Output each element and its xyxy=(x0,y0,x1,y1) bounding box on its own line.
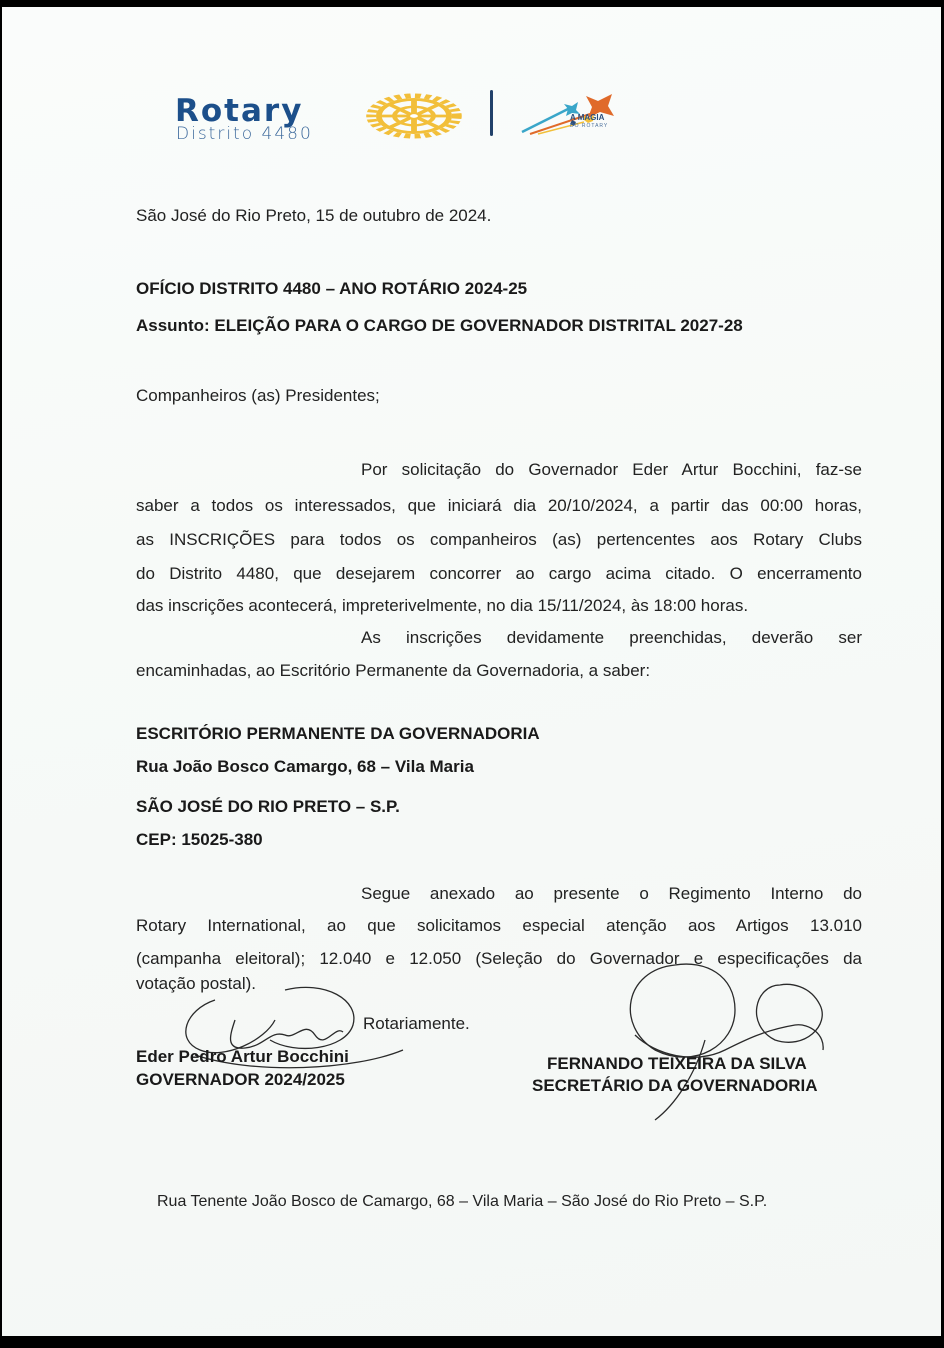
signatory-title: SECRETÁRIO DA GOVERNADORIA xyxy=(532,1076,818,1096)
campaign-logo-text: A MAGIA DO ROTARY xyxy=(570,114,608,130)
paragraph2-line: As inscrições devidamente preenchidas, d… xyxy=(361,628,862,648)
subject-text: ELEIÇÃO PARA O CARGO DE GOVERNADOR DISTR… xyxy=(214,316,742,335)
subject-line: Assunto: ELEIÇÃO PARA O CARGO DE GOVERNA… xyxy=(136,316,743,336)
paragraph3-line: Rotary International, ao que solicitamos… xyxy=(136,916,862,936)
rotary-wheel-icon xyxy=(358,92,470,140)
signatory-name: FERNANDO TEIXEIRA DA SILVA xyxy=(547,1054,807,1074)
logo-district: Distrito 4480 xyxy=(176,126,313,142)
signatory-title: GOVERNADOR 2024/2025 xyxy=(136,1070,345,1090)
office-name: ESCRITÓRIO PERMANENTE DA GOVERNADORIA xyxy=(136,724,540,744)
logo-divider xyxy=(490,90,493,136)
secretary-signature xyxy=(595,955,845,1125)
greeting: Companheiros (as) Presidentes; xyxy=(136,386,380,406)
logo-word: Rotary xyxy=(175,96,313,126)
paragraph1-line: das inscrições acontecerá, impreterivelm… xyxy=(136,596,748,616)
paragraph2-line: encaminhadas, ao Escritório Permanente d… xyxy=(136,661,650,681)
paragraph1-line: saber a todos os interessados, que inici… xyxy=(136,496,862,516)
paragraph1-line: Por solicitação do Governador Eder Artur… xyxy=(361,460,862,480)
subject-label: Assunto: xyxy=(136,316,210,335)
rotary-logo: Rotary Distrito 4480 xyxy=(175,96,313,142)
office-city: SÃO JOSÉ DO RIO PRETO – S.P. xyxy=(136,797,400,817)
signatory-name: Eder Pedro Artur Bocchini xyxy=(136,1047,349,1067)
office-street: Rua João Bosco Camargo, 68 – Vila Maria xyxy=(136,757,474,777)
paragraph3-line: Segue anexado ao presente o Regimento In… xyxy=(361,884,862,904)
paragraph1-line: as INSCRIÇÕES para todos os companheiros… xyxy=(136,530,862,550)
footer-address: Rua Tenente João Bosco de Camargo, 68 – … xyxy=(157,1193,767,1211)
oficio-heading: OFÍCIO DISTRITO 4480 – ANO ROTÁRIO 2024-… xyxy=(136,279,527,299)
paragraph1-line: do Distrito 4480, que desejarem concorre… xyxy=(136,564,862,584)
place-date: São José do Rio Preto, 15 de outubro de … xyxy=(136,206,491,226)
office-cep: CEP: 15025-380 xyxy=(136,830,263,850)
